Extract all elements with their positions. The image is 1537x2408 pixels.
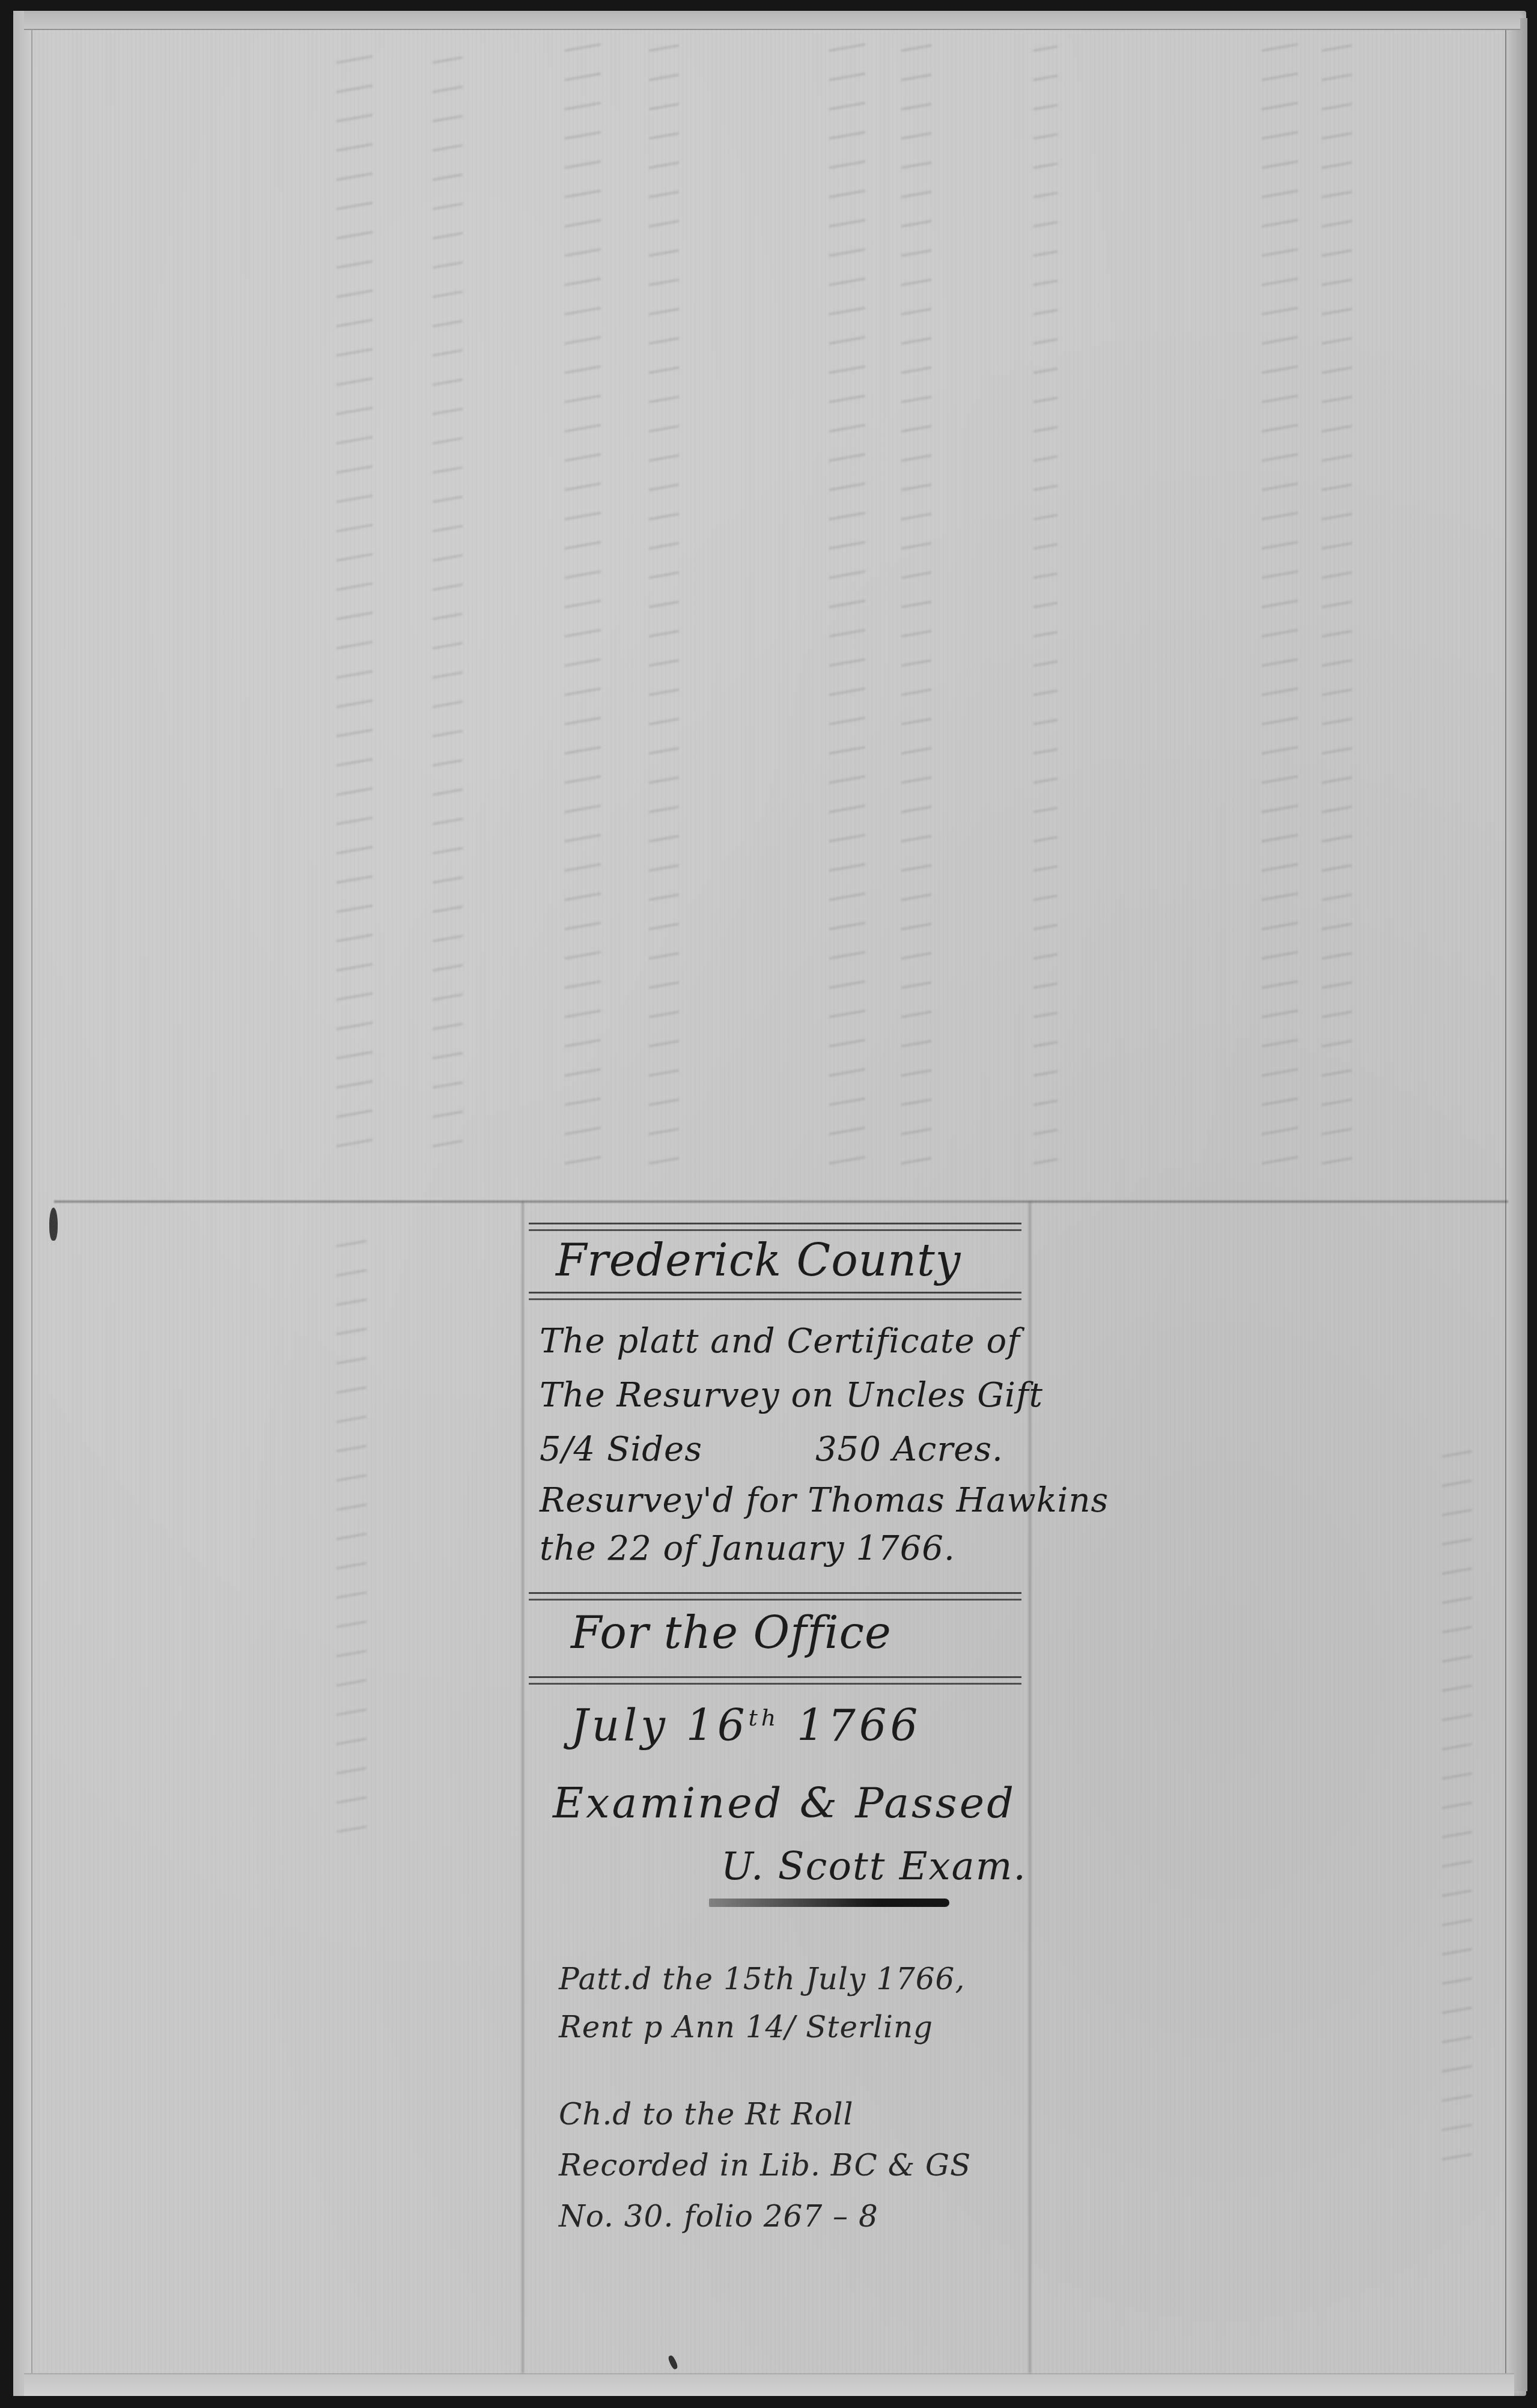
signature-flourish — [709, 1899, 949, 1907]
bleed-through-writing — [901, 36, 931, 1178]
ink-blot — [49, 1208, 58, 1241]
rule-below-certificate — [529, 1592, 1021, 1601]
rule-below-office — [529, 1676, 1021, 1685]
bleed-through-writing — [336, 48, 373, 1160]
bleed-through-writing — [1033, 36, 1058, 1178]
county-heading: Frederick County — [556, 1235, 961, 1286]
record-note-2: Recorded in Lib. BC & GS — [559, 2148, 971, 2183]
examination-date-day: July 16 — [571, 1700, 748, 1751]
sheet-top-edge — [24, 11, 1520, 30]
docket-panel: Frederick County The platt and Certifica… — [529, 1202, 1027, 2373]
examination-date: July 16th 1766 — [571, 1700, 921, 1751]
bleed-through-writing — [565, 36, 601, 1178]
bleed-through-writing — [829, 36, 865, 1178]
examiner-signature: U. Scott Exam. — [721, 1844, 1027, 1889]
examination-date-year: 1766 — [797, 1700, 921, 1751]
patent-note-1: Patt.d the 15th July 1766, — [559, 1962, 965, 1996]
vertical-fold-line-left — [522, 1202, 524, 2373]
examination-date-suffix: th — [748, 1704, 779, 1731]
examination-status: Examined & Passed — [553, 1778, 1016, 1828]
rule-top — [529, 1223, 1021, 1231]
record-note-1: Ch.d to the Rt Roll — [559, 2097, 853, 2132]
certificate-line-1: The platt and Certificate of — [540, 1322, 1020, 1361]
bleed-through-writing — [1322, 36, 1352, 1178]
certificate-line-2: The Resurvey on Uncles Gift — [540, 1376, 1043, 1415]
bleed-through-writing — [433, 48, 463, 1160]
certificate-line-5: the 22 of January 1766. — [540, 1529, 955, 1568]
bleed-through-writing — [1262, 36, 1298, 1178]
sheet-bottom-edge — [24, 2373, 1514, 2396]
certificate-line-3: 5/4 Sides 350 Acres. — [540, 1430, 1003, 1469]
record-note-3: No. 30. folio 267 – 8 — [559, 2199, 878, 2234]
destination-heading: For the Office — [571, 1607, 892, 1659]
certificate-line-4: Resurvey'd for Thomas Hawkins — [540, 1481, 1109, 1520]
rule-below-county — [529, 1292, 1021, 1300]
sheet-left-edge — [13, 11, 32, 2396]
bleed-through-writing — [1442, 1442, 1472, 2163]
bleed-through-writing — [336, 1232, 367, 1832]
bleed-through-writing — [649, 36, 679, 1178]
patent-note-2: Rent p Ann 14/ Sterling — [559, 2010, 933, 2045]
sheet-right-edge — [1505, 18, 1527, 2391]
